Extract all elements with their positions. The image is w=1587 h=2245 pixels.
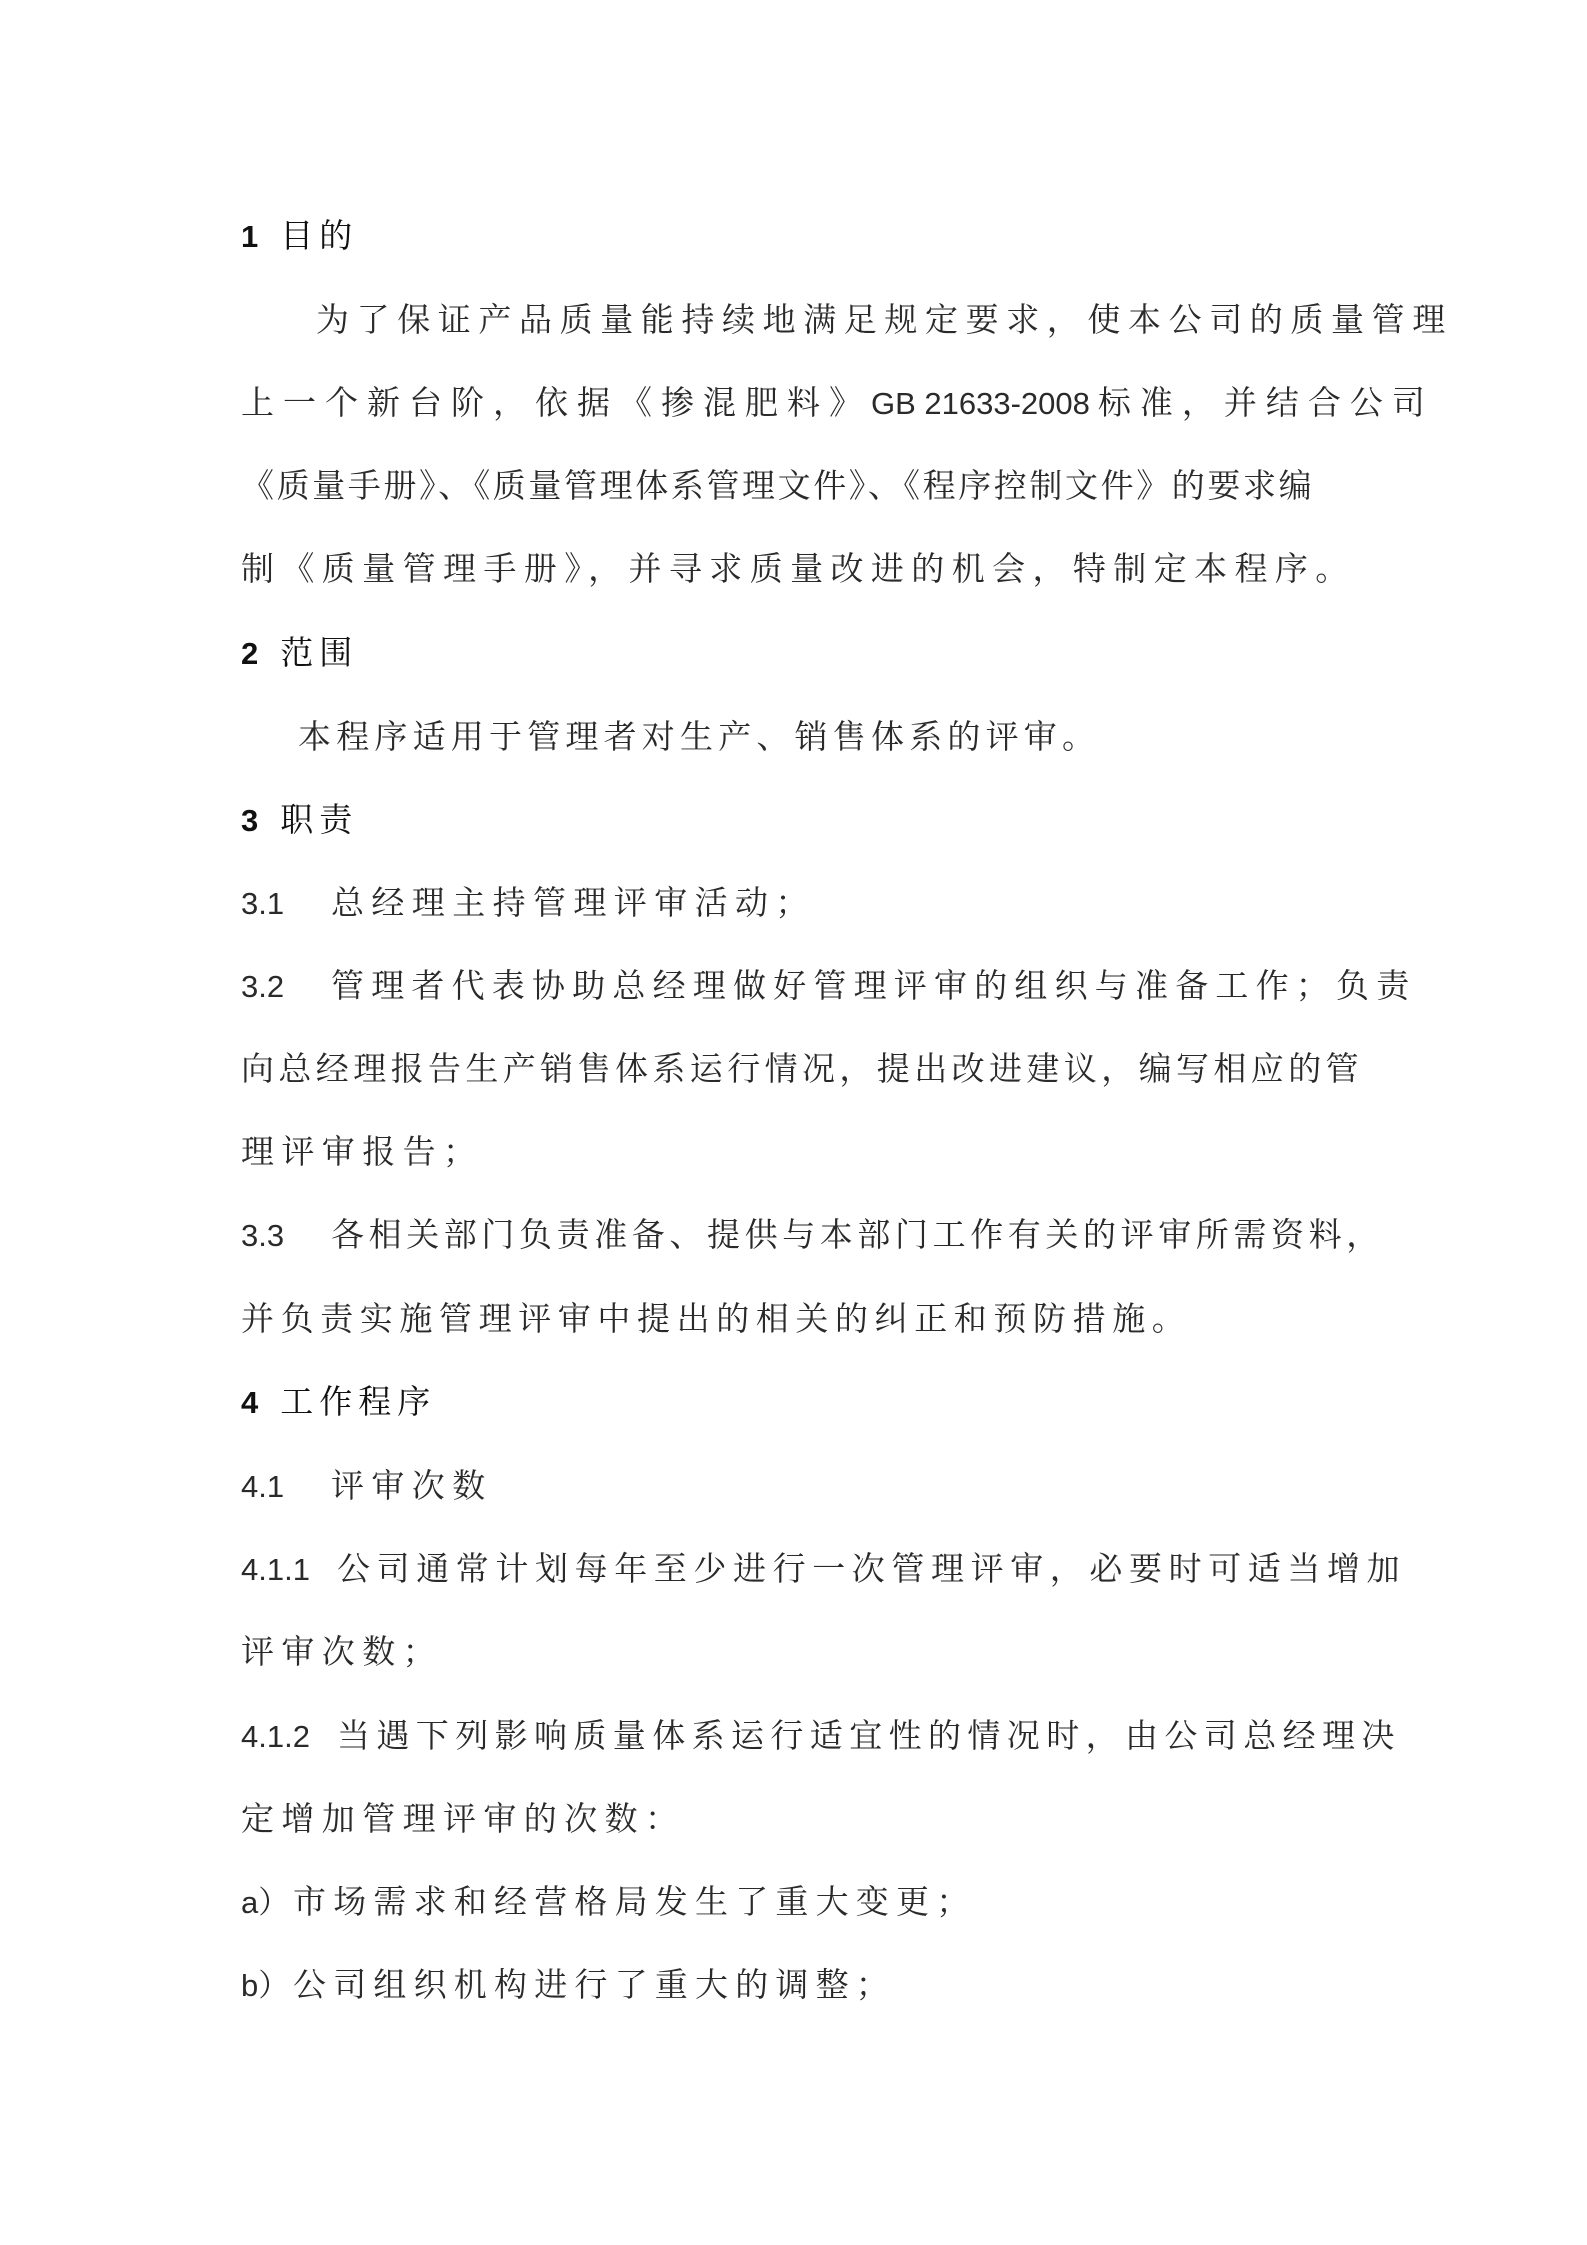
section-title: 范围 — [280, 633, 358, 672]
item-label: b） — [241, 1956, 293, 2016]
section-number: 2 — [241, 636, 258, 671]
paragraph-line: 为了保证产品质量能持续地满足规定要求，使本公司的质量管理 — [316, 290, 1353, 350]
item-label: 3.2 — [241, 957, 331, 1017]
item-label: 4.1.1 — [241, 1540, 337, 1600]
section-heading-3: 3职责 — [241, 790, 358, 850]
section-heading-2: 2范围 — [241, 623, 358, 683]
item-text: 管理者代表协助总经理做好管理评审的组织与准备工作；负责 — [331, 966, 1416, 1005]
list-item-3-3: 3.3各相关部门负责准备、提供与本部门工作有关的评审所需资料， — [241, 1205, 1353, 1265]
paragraph-line: 向总经理报告生产销售体系运行情况，提出改进建议，编写相应的管 — [241, 1039, 1353, 1099]
section-title: 工作程序 — [280, 1382, 436, 1421]
item-text: 公司组织机构进行了重大的调整； — [293, 1965, 896, 2004]
paragraph-line: 制《质量管理手册》，并寻求质量改进的机会，特制定本程序。 — [241, 539, 1353, 599]
item-text: 当遇下列影响质量体系运行适宜性的情况时，由公司总经理决 — [337, 1716, 1401, 1755]
section-number: 3 — [241, 803, 258, 838]
paragraph-line: 《质量手册》、《质量管理体系管理文件》、《程序控制文件》的要求编 — [241, 456, 1353, 516]
list-item-4-1: 4.1评审次数 — [241, 1456, 1353, 1516]
list-item-b: b）公司组织机构进行了重大的调整； — [241, 1955, 1353, 2015]
item-label: 3.1 — [241, 874, 331, 934]
paragraph-line: 理评审报告； — [241, 1122, 1353, 1182]
list-item-4-1-2: 4.1.2当遇下列影响质量体系运行适宜性的情况时，由公司总经理决 — [241, 1706, 1353, 1766]
section-title: 目的 — [280, 216, 358, 255]
section-heading-1: 1目的 — [241, 206, 358, 266]
item-label: 3.3 — [241, 1206, 331, 1266]
section-title: 职责 — [280, 800, 358, 839]
item-text: 各相关部门负责准备、提供与本部门工作有关的评审所需资料， — [331, 1215, 1384, 1254]
list-item-3-2: 3.2管理者代表协助总经理做好管理评审的组织与准备工作；负责 — [241, 956, 1353, 1016]
paragraph-line: 并负责实施管理评审中提出的相关的纠正和预防措施。 — [241, 1289, 1353, 1349]
list-item-3-1: 3.1总经理主持管理评审活动； — [241, 873, 1353, 933]
paragraph-line: 上一个新台阶，依据《掺混肥料》GB 21633-2008标准，并结合公司 — [241, 373, 1353, 433]
section-number: 1 — [241, 219, 258, 254]
text-span: 标准，并结合公司 — [1098, 383, 1434, 422]
paragraph-line: 评审次数； — [241, 1622, 1353, 1682]
item-text: 公司通常计划每年至少进行一次管理评审，必要时可适当增加 — [337, 1549, 1406, 1588]
list-item-a: a）市场需求和经营格局发生了重大变更； — [241, 1872, 1353, 1932]
item-text: 市场需求和经营格局发生了重大变更； — [293, 1882, 976, 1921]
text-span: 上一个新台阶，依据《掺混肥料》 — [241, 383, 871, 422]
standard-code: GB 21633-2008 — [871, 386, 1090, 421]
item-text: 总经理主持管理评审活动； — [331, 883, 816, 922]
section-number: 4 — [241, 1385, 258, 1420]
document-page: 1目的 为了保证产品质量能持续地满足规定要求，使本公司的质量管理 上一个新台阶，… — [0, 0, 1587, 2245]
item-label: 4.1.2 — [241, 1707, 337, 1767]
paragraph-line: 定增加管理评审的次数： — [241, 1789, 1353, 1849]
item-label: 4.1 — [241, 1457, 331, 1517]
section-heading-4: 4工作程序 — [241, 1372, 436, 1432]
item-label: a） — [241, 1873, 293, 1933]
paragraph-line: 本程序适用于管理者对生产、销售体系的评审。 — [298, 707, 1410, 767]
item-text: 评审次数 — [331, 1466, 493, 1505]
list-item-4-1-1: 4.1.1公司通常计划每年至少进行一次管理评审，必要时可适当增加 — [241, 1539, 1353, 1599]
